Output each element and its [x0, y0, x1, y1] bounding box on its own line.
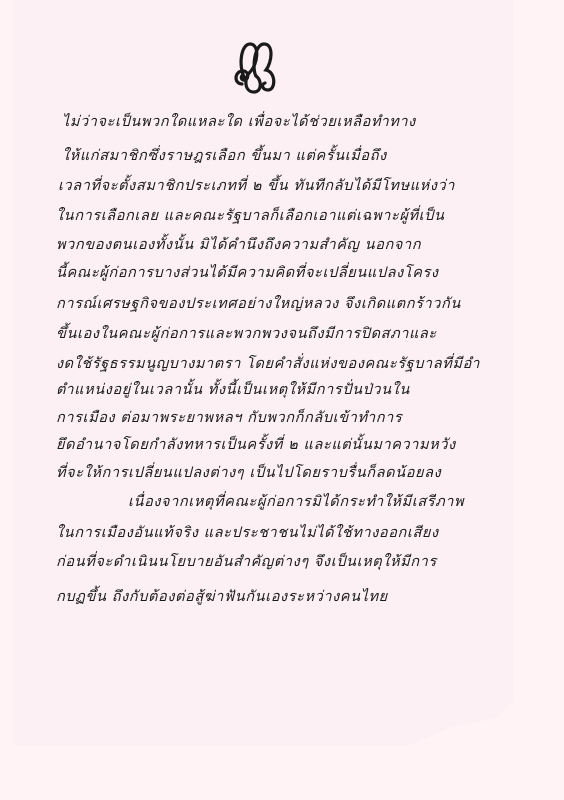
text-line: ตำแหน่งอยู่ในเวลานั้น ทั้งนี้เป็นเหตุให้…	[56, 380, 410, 400]
text-line: ยึดอำนาจโดยกำลังทหารเป็นครั้งที่ ๒ และแต…	[56, 435, 456, 455]
page-number-icon	[228, 40, 288, 100]
text-line: พวกของตนเองทั้งนั้น มิได้คำนึงถึงความสำค…	[56, 235, 421, 255]
text-line: การเมือง ต่อมาพระยาพหลฯ กับพวกก็กลับเข้า…	[56, 408, 402, 428]
text-line: การณ์เศรษฐกิจของประเทศอย่างใหญ่หลวง จึงเ…	[56, 294, 461, 314]
text-line: เนื่องจากเหตุที่คณะผู้ก่อการมิได้กระทำให…	[128, 492, 464, 512]
text-line: เวลาที่จะตั้งสมาชิกประเภทที่ ๒ ขึ้น ทันท…	[58, 176, 455, 196]
text-line: นี้คณะผู้ก่อการบางส่วนได้มีความคิดที่จะเ…	[56, 263, 439, 283]
text-line: กบฏขึ้น ถึงกับต้องต่อสู้ฆ่าฟันกันเองระหว…	[56, 587, 388, 607]
text-line: ในการเลือกเลย และคณะรัฐบาลก็เลือกเอาแต่เ…	[56, 206, 444, 226]
text-line: ให้แก่สมาชิกซึ่งราษฎรเลือก ขึ้นมา แต่ครั…	[62, 146, 387, 166]
text-line: ขึ้นเองในคณะผู้ก่อการและพวกพวงจนถึงมีการ…	[56, 324, 437, 344]
text-line: ไม่ว่าจะเป็นพวกใดแหละใด เพื่อจะได้ช่วยเห…	[62, 112, 416, 132]
text-line: ก่อนที่จะดำเนินนโยบายอันสำคัญต่างๆ จึงเป…	[56, 552, 437, 572]
text-line: งดใช้รัฐธรรมนูญบางมาตรา โดยคำสั่งแห่งของ…	[56, 354, 480, 374]
text-line: ที่จะให้การเปลี่ยนแปลงต่างๆ เป็นไปโดยราบ…	[56, 463, 441, 483]
text-line: ในการเมืองอันแท้จริง และประชาชนไม่ได้ใช้…	[56, 523, 439, 543]
scanned-page: ไม่ว่าจะเป็นพวกใดแหละใด เพื่อจะได้ช่วยเห…	[0, 0, 564, 800]
